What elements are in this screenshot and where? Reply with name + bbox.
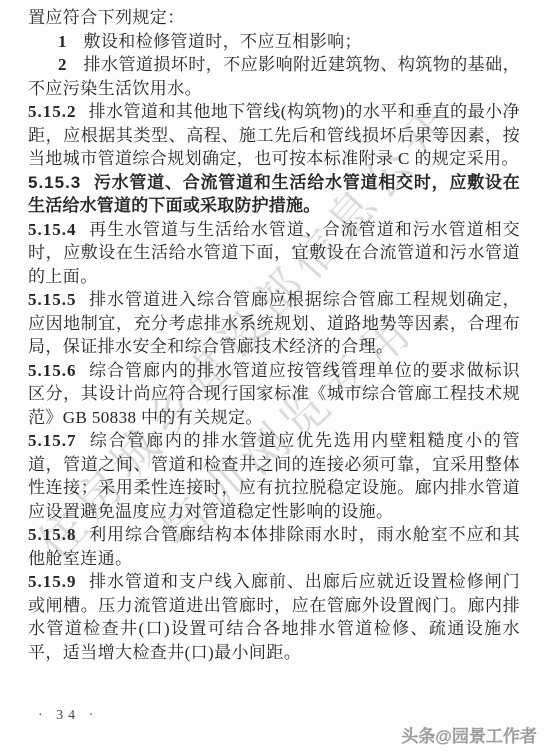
toutiao-credit: 头条@园景工作者 [401,722,537,747]
section-text: 排水管道和支户线入廊前、出廊后应就近设置检修闸门或闸槽。压力流管道进出管廊时，应… [28,572,520,662]
section-number: 5.15.4 [28,220,77,239]
document-page: 住房城乡建设部信息公开 培训浏览专用 置应符合下列规定： 1敷设和检修管道时，不… [0,0,548,756]
section-number: 5.15.7 [28,431,77,450]
section-number: 5.15.8 [28,525,77,544]
list-item-number: 1 [58,32,68,51]
section-number: 5.15.3 [28,173,81,192]
section-5-15-2: 5.15.2排水管道和其他地下管线(构筑物)的水平和垂直的最小净距，应根据其类型… [28,100,520,171]
section-5-15-4: 5.15.4再生水管道与生活给水管道、合流管道和污水管道相交时，应敷设在生活给水… [28,218,520,289]
section-text: 排水管道进入综合管廊应根据综合管廊工程规划确定，应因地制宜，充分考虑排水系统规划… [28,290,520,356]
section-number: 5.15.5 [28,290,77,309]
intro-line: 置应符合下列规定： [28,6,520,30]
section-text: 再生水管道与生活给水管道、合流管道和污水管道相交时，应敷设在生活给水管道下面，宜… [28,220,520,286]
section-number: 5.15.2 [28,102,77,121]
section-text: 综合管廊内的排水管道应优先选用内壁粗糙度小的管道，管道之间、管道和检查井之间的连… [28,431,520,521]
section-5-15-5: 5.15.5排水管道进入综合管廊应根据综合管廊工程规划确定，应因地制宜，充分考虑… [28,288,520,359]
section-number: 5.15.6 [28,361,77,380]
list-item: 1敷设和检修管道时，不应互相影响； [28,30,520,54]
section-text: 排水管道和其他地下管线(构筑物)的水平和垂直的最小净距，应根据其类型、高程、施工… [28,102,520,168]
list-item-text: 敷设和检修管道时，不应互相影响； [84,32,362,51]
section-5-15-7: 5.15.7综合管廊内的排水管道应优先选用内壁粗糙度小的管道，管道之间、管道和检… [28,429,520,523]
section-5-15-6: 5.15.6综合管廊内的排水管道应按管线管理单位的要求做标识区分，其设计尚应符合… [28,359,520,430]
section-number: 5.15.9 [28,572,77,591]
list-item-text: 排水管道损坏时，不应影响附近建筑物、构筑物的基础，不应污染生活饮用水。 [28,55,520,98]
section-text: 综合管廊内的排水管道应按管线管理单位的要求做标识区分，其设计尚应符合现行国家标准… [28,361,520,427]
document-body: 置应符合下列规定： 1敷设和检修管道时，不应互相影响； 2排水管道损坏时，不应影… [28,6,520,664]
section-text: 利用综合管廊结构本体排除雨水时，雨水舱室不应和其他舱室连通。 [28,525,520,568]
section-5-15-9: 5.15.9排水管道和支户线入廊前、出廊后应就近设置检修闸门或闸槽。压力流管道进… [28,570,520,664]
section-5-15-3: 5.15.3污水管道、合流管道和生活给水管道相交时，应敷设在生活给水管道的下面或… [28,171,520,218]
list-item-number: 2 [58,55,68,74]
list-item: 2排水管道损坏时，不应影响附近建筑物、构筑物的基础，不应污染生活饮用水。 [28,53,520,100]
page-number: · 34 · [38,708,98,724]
section-5-15-8: 5.15.8利用综合管廊结构本体排除雨水时，雨水舱室不应和其他舱室连通。 [28,523,520,570]
section-text: 污水管道、合流管道和生活给水管道相交时，应敷设在生活给水管道的下面或采取防护措施… [28,173,520,216]
